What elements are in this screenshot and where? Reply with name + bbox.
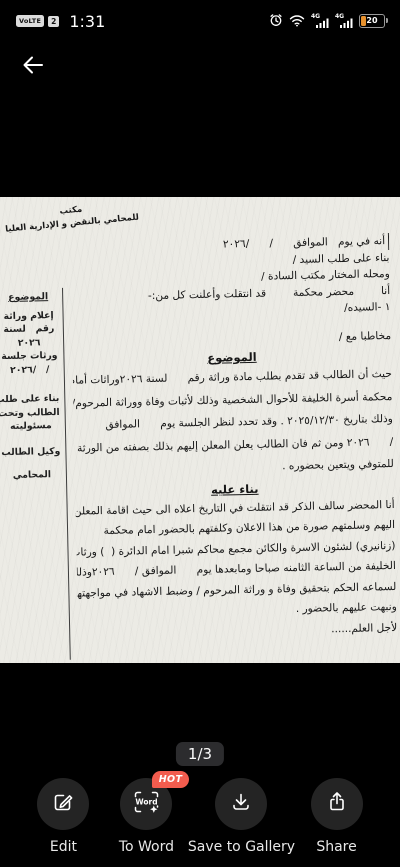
download-icon	[229, 790, 253, 818]
battery-percent: 20	[366, 16, 377, 26]
sim2-badge: 2	[48, 16, 59, 27]
svg-text:Word: Word	[135, 797, 157, 806]
margin-note: بناء على طلب	[1, 392, 59, 407]
document-page[interactable]: مكتب للمحامي بالنقض و الإدارية العليا ال…	[0, 197, 400, 663]
clock-time: 1:31	[69, 12, 105, 31]
edit-button[interactable]: Edit	[22, 778, 105, 855]
word-convert-icon: Word	[133, 790, 160, 819]
page-indicator: 1/3	[176, 742, 224, 766]
edit-button-circle	[37, 778, 89, 830]
office-stamp: مكتب للمحامي بالنقض و الإدارية العليا	[1, 199, 143, 235]
status-right: 4G 4G 20	[269, 12, 388, 31]
margin-note: رقم لسنة	[0, 322, 58, 337]
share-button[interactable]: Share	[295, 778, 378, 855]
margin-note: ورثات جلسة	[0, 349, 58, 364]
alarm-icon	[269, 12, 283, 31]
margin-note: المحامي	[3, 468, 61, 483]
back-button[interactable]	[16, 50, 50, 84]
doc-line: مخاطبا مع /	[72, 327, 391, 350]
volte-badge: VoLTE	[16, 15, 44, 27]
document-body: أنه في يوم الموافق / /٢٠٢٦ بناء على طلب …	[70, 233, 398, 663]
document-margin-notes: الموضوع إعلام وراثة رقم لسنة ٢٠٢٦ ورثات …	[0, 288, 71, 661]
to-word-button-circle: HOT Word	[120, 778, 172, 830]
bottom-toolbar: Edit HOT Word To Word	[22, 778, 378, 855]
save-button-circle	[215, 778, 267, 830]
edit-label: Edit	[50, 839, 77, 855]
wifi-icon	[289, 12, 305, 31]
margin-note: إعلام وراثة	[0, 308, 58, 323]
share-icon	[325, 790, 349, 818]
document-content: مكتب للمحامي بالنقض و الإدارية العليا ال…	[0, 197, 400, 663]
share-button-circle	[311, 778, 363, 830]
app-screen: VoLTE 2 1:31 4G	[0, 0, 400, 867]
hot-badge: HOT	[152, 771, 190, 788]
signal-bars-icon-2: 4G	[335, 14, 353, 28]
status-bar: VoLTE 2 1:31 4G	[0, 8, 400, 34]
save-to-gallery-label: Save to Gallery	[188, 839, 295, 855]
margin-note: وكيل الطالب	[2, 444, 60, 459]
edit-pencil-icon	[51, 790, 75, 818]
to-word-label: To Word	[119, 839, 174, 855]
status-left: VoLTE 2 1:31	[16, 12, 105, 31]
margin-note: / /٢٠٢٦	[1, 362, 59, 377]
battery-icon: 20	[359, 14, 385, 28]
to-word-button[interactable]: HOT Word To Word	[105, 778, 188, 855]
margin-note: الطالب وتحت	[1, 405, 59, 420]
battery-fill	[361, 16, 366, 26]
margin-note: مسئوليته	[2, 419, 60, 434]
share-label: Share	[316, 839, 356, 855]
margin-note: الموضوع	[0, 290, 57, 305]
back-arrow-icon	[20, 52, 46, 82]
margin-note: ٢٠٢٦	[0, 335, 58, 350]
save-to-gallery-button[interactable]: Save to Gallery	[188, 778, 295, 855]
signal-bars-icon-1: 4G	[311, 14, 329, 28]
